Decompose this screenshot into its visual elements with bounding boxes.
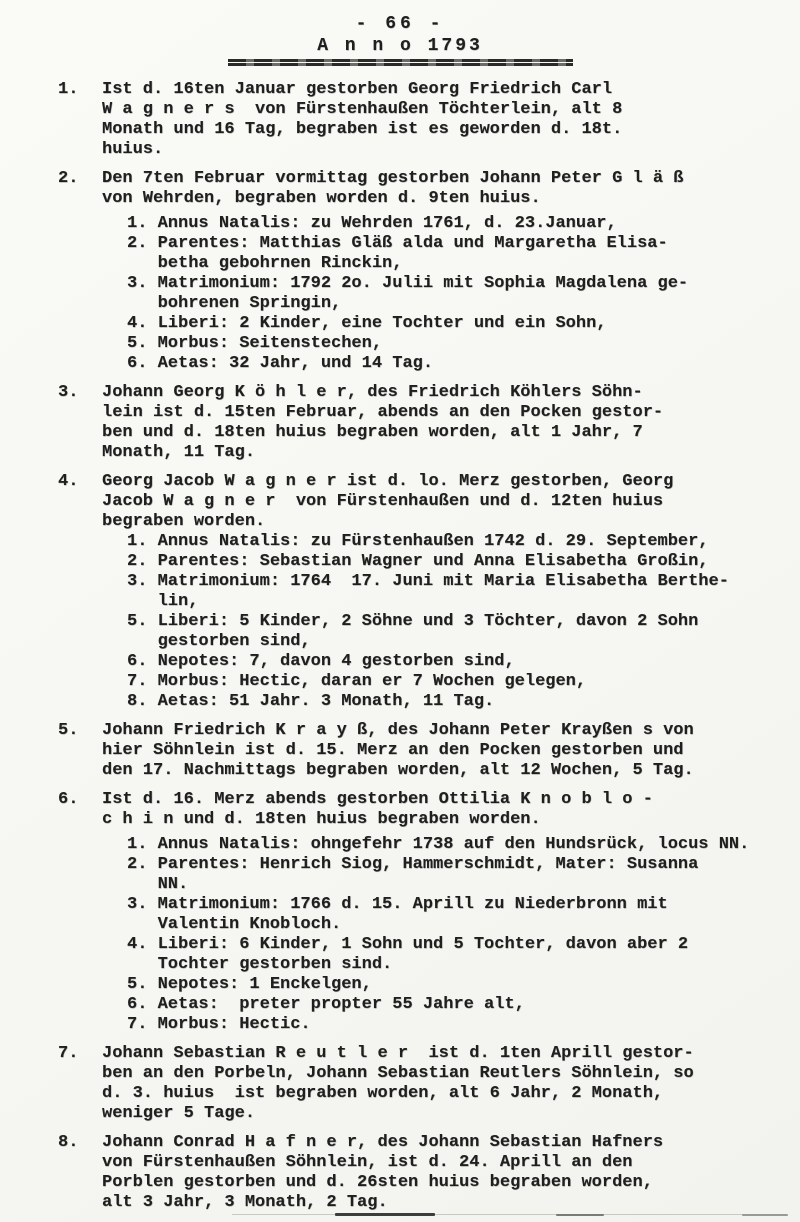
entry-detail: 3. Matrimonium: 1764 17. Juni mit Maria … — [127, 572, 782, 612]
entry-number: 3. — [58, 383, 102, 463]
entry-detail: 2. Parentes: Matthias Gläß alda und Marg… — [127, 234, 782, 274]
page-header: - 66 - A n n o 1793 — [0, 14, 800, 66]
entry-text: Georg Jacob W a g n e r ist d. lo. Merz … — [102, 472, 782, 532]
register-entry-3: 3. Johann Georg K ö h l e r, des Friedri… — [58, 383, 782, 463]
register-entry-5: 5. Johann Friedrich K r a y ß, des Johan… — [58, 721, 782, 781]
entry-text: Johann Sebastian R e u t l e r ist d. 1t… — [102, 1044, 782, 1124]
entry-detail: 5. Morbus: Seitenstechen, — [127, 334, 782, 354]
entry-details-list: 1. Annus Natalis: ohngefehr 1738 auf den… — [127, 835, 782, 1035]
entry-detail: 6. Aetas: 32 Jahr, und 14 Tag. — [127, 354, 782, 374]
scan-artifact-line — [335, 1213, 435, 1216]
entry-text: Johann Georg K ö h l e r, des Friedrich … — [102, 383, 782, 463]
register-entry-2: 2. Den 7ten Februar vormittag gestorben … — [58, 169, 782, 374]
scanned-register-page: - 66 - A n n o 1793 1. Ist d. 16ten Janu… — [0, 0, 800, 1222]
scan-artifact-line — [556, 1214, 604, 1216]
entry-detail: 3. Matrimonium: 1792 2o. Julii mit Sophi… — [127, 274, 782, 314]
entry-detail: 6. Aetas: preter propter 55 Jahre alt, — [127, 995, 782, 1015]
page-number: - 66 - — [0, 14, 800, 34]
entry-details-list: 1. Annus Natalis: zu Wehrden 1761, d. 23… — [127, 214, 782, 374]
scan-artifact-line — [232, 1214, 780, 1215]
entry-number: 1. — [58, 80, 102, 160]
scan-artifact-line — [742, 1214, 788, 1216]
register-entry-4: 4. Georg Jacob W a g n e r ist d. lo. Me… — [58, 472, 782, 712]
entry-number: 6. — [58, 790, 102, 1035]
entry-detail: 3. Matrimonium: 1766 d. 15. Aprill zu Ni… — [127, 895, 782, 935]
entry-details-list: 1. Annus Natalis: zu Fürstenhaußen 1742 … — [127, 532, 782, 712]
register-entry-6: 6. Ist d. 16. Merz abends gestorben Otti… — [58, 790, 782, 1035]
entry-detail: 7. Morbus: Hectic. — [127, 1015, 782, 1035]
entry-text: Johann Conrad H a f n e r, des Johann Se… — [102, 1133, 782, 1213]
entry-detail: 1. Annus Natalis: zu Fürstenhaußen 1742 … — [127, 532, 782, 552]
page-title: A n n o 1793 — [0, 36, 800, 56]
entry-text: Ist d. 16ten Januar gestorben Georg Frie… — [102, 80, 782, 160]
entry-detail: 2. Parentes: Sebastian Wagner und Anna E… — [127, 552, 782, 572]
title-underline — [228, 59, 573, 66]
entry-detail: 6. Nepotes: 7, davon 4 gestorben sind, — [127, 652, 782, 672]
entry-detail: 2. Parentes: Henrich Siog, Hammerschmidt… — [127, 855, 782, 895]
entry-number: 7. — [58, 1044, 102, 1124]
entry-detail: 5. Nepotes: 1 Enckelgen, — [127, 975, 782, 995]
entry-detail: 1. Annus Natalis: zu Wehrden 1761, d. 23… — [127, 214, 782, 234]
entry-number: 2. — [58, 169, 102, 374]
register-entry-1: 1. Ist d. 16ten Januar gestorben Georg F… — [58, 80, 782, 160]
entry-text: Ist d. 16. Merz abends gestorben Ottilia… — [102, 790, 782, 830]
entry-text: Johann Friedrich K r a y ß, des Johann P… — [102, 721, 782, 781]
entry-text: Den 7ten Februar vormittag gestorben Joh… — [102, 169, 782, 209]
entry-detail: 7. Morbus: Hectic, daran er 7 Wochen gel… — [127, 672, 782, 692]
entry-detail: 1. Annus Natalis: ohngefehr 1738 auf den… — [127, 835, 782, 855]
entry-detail: 4. Liberi: 6 Kinder, 1 Sohn und 5 Tochte… — [127, 935, 782, 975]
burial-register-list: 1. Ist d. 16ten Januar gestorben Georg F… — [0, 80, 800, 1213]
entry-detail: 5. Liberi: 5 Kinder, 2 Söhne und 3 Töcht… — [127, 612, 782, 652]
entry-detail: 4. Liberi: 2 Kinder, eine Tochter und ei… — [127, 314, 782, 334]
entry-number: 8. — [58, 1133, 102, 1213]
register-entry-7: 7. Johann Sebastian R e u t l e r ist d.… — [58, 1044, 782, 1124]
register-entry-8: 8. Johann Conrad H a f n e r, des Johann… — [58, 1133, 782, 1213]
entry-number: 5. — [58, 721, 102, 781]
entry-number: 4. — [58, 472, 102, 712]
entry-detail: 8. Aetas: 51 Jahr. 3 Monath, 11 Tag. — [127, 692, 782, 712]
